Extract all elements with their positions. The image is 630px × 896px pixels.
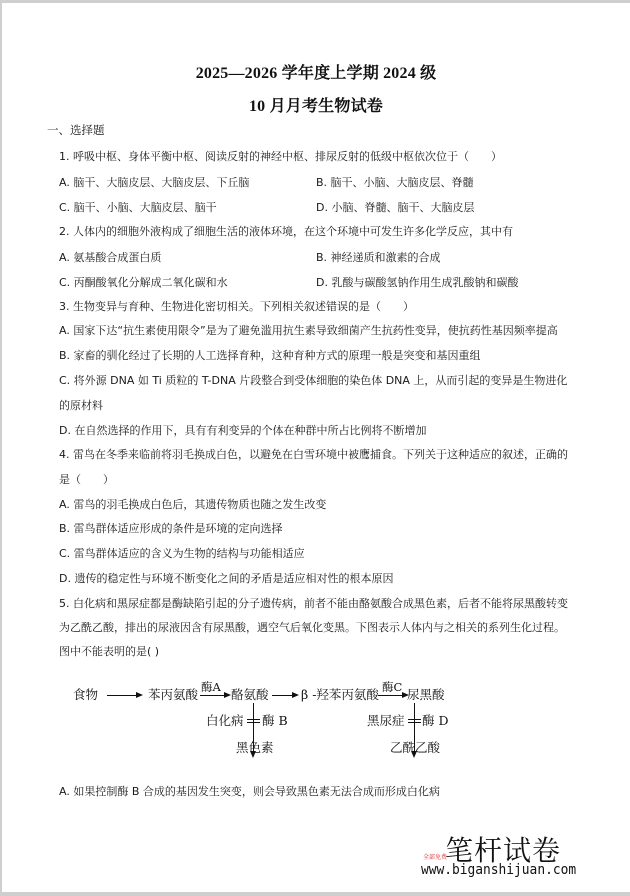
question-3-option-a: A. 国家下达“抗生素使用限令”是为了避免滥用抗生素导致细菌产生抗药性变异，使抗… [59, 324, 558, 338]
arrow-down-icon [411, 751, 417, 758]
diagram-tyrosine: 酪氨酸 [231, 685, 269, 703]
arrow-right-icon [402, 692, 409, 698]
diagram-acetoacetate: 乙酰乙酸 [390, 738, 440, 756]
question-4-stem-cont: 是（ ） [59, 473, 114, 487]
question-1-option-b: B. 脑干、小脑、大脑皮层、脊髓 [316, 176, 474, 190]
diagram-food: 食物 [73, 685, 98, 703]
diagram-hydroxyphenylpyruvate: β -羟苯丙氨酸 [301, 685, 379, 703]
question-2-option-d: D. 乳酸与碳酸氢钠作用生成乳酸钠和碳酸 [316, 276, 518, 290]
block-bar [408, 719, 421, 720]
question-1-option-d: D. 小脑、脊髓、脑干、大脑皮层 [316, 201, 474, 215]
diagram-enzyme-a: 酶A [201, 679, 221, 695]
exam-title-line1: 2025—2026 学年度上学期 2024 级 [2, 60, 630, 83]
diagram-enzyme-c: 酶C [382, 679, 402, 695]
question-5-stem-cont: 为乙酰乙酸，排出的尿液因含有尿黑酸，遇空气后氧化变黑。下图表示人体内与之相关的系… [59, 621, 565, 635]
diagram-homogentisic-acid: 尿黑酸 [407, 685, 445, 703]
question-5-option-a: A. 如果控制酶 B 合成的基因发生突变，则会导致黑色素无法合成而形成白化病 [59, 785, 440, 799]
diagram-albinism: 白化病 [206, 711, 244, 729]
question-2-option-c: C. 丙酮酸氧化分解成二氧化碳和水 [59, 276, 228, 290]
question-1-stem: 1. 呼吸中枢、身体平衡中枢、阅读反射的神经中枢、排尿反射的低级中枢依次位于（ … [59, 150, 502, 164]
question-2-stem: 2. 人体内的细胞外液构成了细胞生活的液体环境，在这个环境中可发生许多化学反应，… [59, 225, 513, 239]
block-bar [247, 719, 260, 720]
question-3-stem: 3. 生物变异与育种、生物进化密切相关。下列相关叙述错误的是（ ） [59, 300, 414, 314]
question-5-stem-cont2: 图中不能表明的是( ) [59, 645, 159, 659]
arrow-down-icon [250, 751, 256, 758]
branch-line [414, 703, 415, 752]
exam-title-line2: 10 月月考生物试卷 [2, 93, 630, 116]
question-3-option-d: D. 在自然选择的作用下，具有有利变异的个体在种群中所占比例将不断增加 [59, 424, 426, 438]
question-4-option-a: A. 雷鸟的羽毛换成白色后，其遗传物质也随之发生改变 [59, 498, 326, 512]
arrow-line [200, 695, 224, 696]
arrow-line [378, 695, 402, 696]
watermark-url[interactable]: www.biganshijuan.com [421, 862, 576, 878]
arrow-line [107, 695, 136, 696]
arrow-right-icon [292, 692, 299, 698]
question-2-option-b: B. 神经递质和激素的合成 [316, 251, 441, 265]
diagram-phenylalanine: 苯丙氨酸 [148, 685, 198, 703]
block-bar [408, 722, 421, 723]
question-1-option-c: C. 脑干、小脑、大脑皮层、脑干 [59, 201, 217, 215]
watermark-tag: 全部免费 [423, 852, 447, 861]
question-5-stem: 5. 白化病和黑尿症都是酶缺陷引起的分子遗传病，前者不能由酪氨酸合成黑色素，后者… [59, 597, 568, 611]
question-4-option-b: B. 雷鸟群体适应形成的条件是环境的定向选择 [59, 522, 283, 536]
exam-page: 2025—2026 学年度上学期 2024 级 10 月月考生物试卷 一、选择题… [2, 3, 630, 892]
arrow-right-icon [136, 692, 143, 698]
arrow-line [272, 695, 292, 696]
question-4-option-d: D. 遗传的稳定性与环境不断变化之间的矛盾是适应相对性的根本原因 [59, 572, 393, 586]
diagram-melanin: 黑色素 [236, 738, 274, 756]
diagram-enzyme-b: 酶 B [262, 711, 288, 729]
question-3-option-c: C. 将外源 DNA 如 Ti 质粒的 T-DNA 片段整合到受体细胞的染色体 … [59, 374, 567, 388]
question-4-option-c: C. 雷鸟群体适应的含义为生物的结构与功能相适应 [59, 547, 305, 561]
question-4-stem: 4. 雷鸟在冬季来临前将羽毛换成白色，以避免在白雪环境中被鹰捕食。下列关于这种适… [59, 448, 568, 462]
section-heading: 一、选择题 [47, 123, 105, 137]
branch-line [253, 703, 254, 752]
block-bar [247, 722, 260, 723]
question-2-option-a: A. 氨基酸合成蛋白质 [59, 251, 161, 265]
diagram-enzyme-d: 酶 D [422, 711, 449, 729]
question-3-option-c-cont: 的原材料 [59, 399, 103, 413]
question-1-option-a: A. 脑干、大脑皮层、大脑皮层、下丘脑 [59, 176, 249, 190]
question-3-option-b: B. 家畜的驯化经过了长期的人工选择育种，这种育种方式的原理一般是突变和基因重组 [59, 349, 481, 363]
diagram-alkaptonuria: 黑尿症 [367, 711, 405, 729]
arrow-right-icon [224, 692, 231, 698]
